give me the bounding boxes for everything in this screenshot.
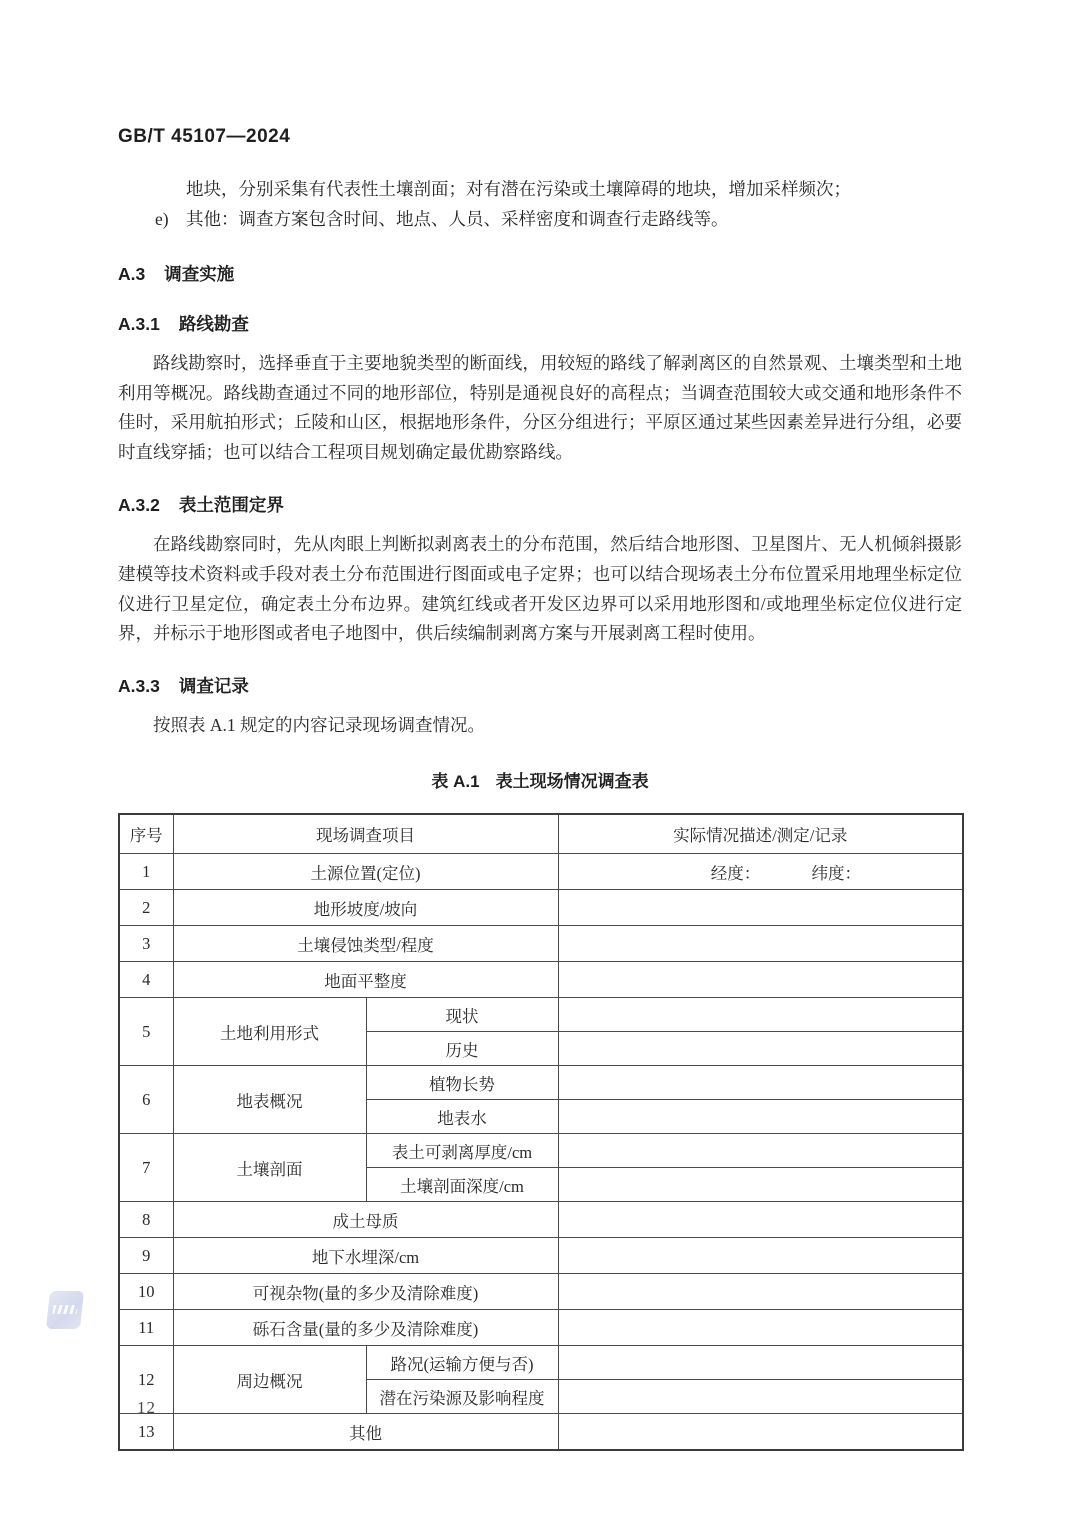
- section-title: 路线勘查: [179, 314, 249, 334]
- item-cell: 砾石含量(量的多少及清除难度): [173, 1310, 558, 1346]
- table-row: 5土地利用形式现状: [119, 998, 963, 1032]
- record-blank-cell: [558, 998, 963, 1032]
- table-row: 6地表概况植物长势: [119, 1066, 963, 1100]
- table-row: 11砾石含量(量的多少及清除难度): [119, 1310, 963, 1346]
- row-number-cell: 9: [119, 1238, 173, 1274]
- sub-item-cell: 植物长势: [366, 1066, 558, 1100]
- paragraph-a33: 按照表 A.1 规定的内容记录现场调查情况。: [118, 711, 962, 741]
- table-row: 9地下水埋深/cm: [119, 1238, 963, 1274]
- sub-item-cell: 路况(运输方便与否): [366, 1346, 558, 1380]
- sub-item-cell: 历史: [366, 1032, 558, 1066]
- sub-item-cell: 表土可剥离厚度/cm: [366, 1134, 558, 1168]
- item-cell: 可视杂物(量的多少及清除难度): [173, 1274, 558, 1310]
- table-title: 表 A.1表土现场情况调查表: [118, 767, 962, 792]
- record-blank-cell: [558, 1168, 963, 1202]
- record-blank-cell: [558, 1238, 963, 1274]
- item-cell: 土源位置(定位): [173, 854, 558, 890]
- table-row: 2地形坡度/坡向: [119, 890, 963, 926]
- coordinate-label: 经度：: [660, 860, 812, 884]
- header-record-cell: 实际情况描述/测定/记录: [558, 814, 963, 854]
- record-blank-cell: [558, 1310, 963, 1346]
- item-cell: 其他: [173, 1414, 558, 1451]
- paragraph-a32: 在路线勘察同时，先从肉眼上判断拟剥离表土的分布范围，然后结合地形图、卫星图片、无…: [118, 530, 962, 648]
- row-number-cell: 7: [119, 1134, 173, 1202]
- record-blank-cell: [558, 962, 963, 998]
- watermark-logo: [46, 1291, 84, 1329]
- record-blank-cell: [558, 1274, 963, 1310]
- sub-item-cell: 地表水: [366, 1100, 558, 1134]
- section-heading-a32: A.3.2表土范围定界: [118, 492, 962, 517]
- table-row: 8成土母质: [119, 1202, 963, 1238]
- record-blank-cell: [558, 1134, 963, 1168]
- row-number-cell: 2: [119, 890, 173, 926]
- record-blank-cell: [558, 1380, 963, 1414]
- item-cell: 地形坡度/坡向: [173, 890, 558, 926]
- table-row: 1土源位置(定位)经度：纬度：: [119, 854, 963, 890]
- table-row: 3土壤侵蚀类型/程度: [119, 926, 963, 962]
- row-number-cell: 8: [119, 1202, 173, 1238]
- standard-number: GB/T 45107—2024: [118, 126, 962, 148]
- item-cell: 土壤侵蚀类型/程度: [173, 926, 558, 962]
- section-heading-a33: A.3.3调查记录: [118, 673, 962, 698]
- section-title: 调查实施: [164, 264, 234, 284]
- table-caption: 表土现场情况调查表: [496, 772, 649, 791]
- table-row: 13其他: [119, 1414, 963, 1451]
- section-number: A.3.3: [118, 676, 160, 696]
- page-number: 12: [137, 1398, 156, 1418]
- header-item-cell: 现场调查项目: [173, 814, 558, 854]
- item-cell: 地面平整度: [173, 962, 558, 998]
- record-blank-cell: [558, 1414, 963, 1451]
- list-item-e: e) 其他：调查方案包含时间、地点、人员、采样密度和调查行走路线等。: [118, 204, 962, 234]
- table-header-row: 序号 现场调查项目 实际情况描述/测定/记录: [119, 814, 963, 854]
- survey-table: 序号 现场调查项目 实际情况描述/测定/记录 1土源位置(定位)经度：纬度：2地…: [118, 813, 964, 1451]
- record-coordinates-cell: 经度：纬度：: [558, 854, 963, 890]
- sub-item-cell: 潜在污染源及影响程度: [366, 1380, 558, 1414]
- item-group-cell: 土地利用形式: [173, 998, 366, 1066]
- sub-item-cell: 土壤剖面深度/cm: [366, 1168, 558, 1202]
- paragraph-a31: 路线勘察时，选择垂直于主要地貌类型的断面线，用较短的路线了解剥离区的自然景观、土…: [118, 349, 962, 467]
- record-blank-cell: [558, 926, 963, 962]
- list-item-d-continuation: 地块，分别采集有代表性土壤剖面；对有潜在污染或土壤障碍的地块，增加采样频次；: [118, 174, 962, 204]
- row-number-cell: 10: [119, 1274, 173, 1310]
- row-number-cell: 3: [119, 926, 173, 962]
- section-number: A.3: [118, 264, 145, 284]
- list-block: 地块，分别采集有代表性土壤剖面；对有潜在污染或土壤障碍的地块，增加采样频次； e…: [118, 174, 962, 234]
- item-group-cell: 地表概况: [173, 1066, 366, 1134]
- table-row: 12周边概况路况(运输方便与否): [119, 1346, 963, 1380]
- item-group-cell: 土壤剖面: [173, 1134, 366, 1202]
- table-label: 表 A.1: [431, 772, 479, 791]
- record-blank-cell: [558, 1066, 963, 1100]
- document-page: GB/T 45107—2024 地块，分别采集有代表性土壤剖面；对有潜在污染或土…: [0, 0, 1080, 1529]
- row-number-cell: 1: [119, 854, 173, 890]
- item-cell: 成土母质: [173, 1202, 558, 1238]
- item-group-cell: 周边概况: [173, 1346, 366, 1414]
- row-number-cell: 6: [119, 1066, 173, 1134]
- survey-table-body: 1土源位置(定位)经度：纬度：2地形坡度/坡向3土壤侵蚀类型/程度4地面平整度5…: [119, 854, 963, 1451]
- record-blank-cell: [558, 890, 963, 926]
- row-number-cell: 13: [119, 1414, 173, 1451]
- record-blank-cell: [558, 1202, 963, 1238]
- row-number-cell: 5: [119, 998, 173, 1066]
- coordinate-label: 纬度：: [812, 860, 862, 884]
- table-row: 7土壤剖面表土可剥离厚度/cm: [119, 1134, 963, 1168]
- section-title: 调查记录: [179, 676, 249, 696]
- row-number-cell: 4: [119, 962, 173, 998]
- record-blank-cell: [558, 1346, 963, 1380]
- item-cell: 地下水埋深/cm: [173, 1238, 558, 1274]
- section-title: 表土范围定界: [179, 495, 284, 515]
- section-number: A.3.2: [118, 495, 160, 515]
- section-number: A.3.1: [118, 314, 160, 334]
- section-heading-a31: A.3.1路线勘查: [118, 311, 962, 336]
- table-row: 10可视杂物(量的多少及清除难度): [119, 1274, 963, 1310]
- table-row: 4地面平整度: [119, 962, 963, 998]
- list-item-e-text: 其他：调查方案包含时间、地点、人员、采样密度和调查行走路线等。: [186, 204, 729, 234]
- row-number-cell: 11: [119, 1310, 173, 1346]
- sub-item-cell: 现状: [366, 998, 558, 1032]
- record-blank-cell: [558, 1100, 963, 1134]
- record-blank-cell: [558, 1032, 963, 1066]
- list-item-e-marker: e): [155, 204, 186, 234]
- header-no-cell: 序号: [119, 814, 173, 854]
- section-heading-a3: A.3调查实施: [118, 261, 962, 286]
